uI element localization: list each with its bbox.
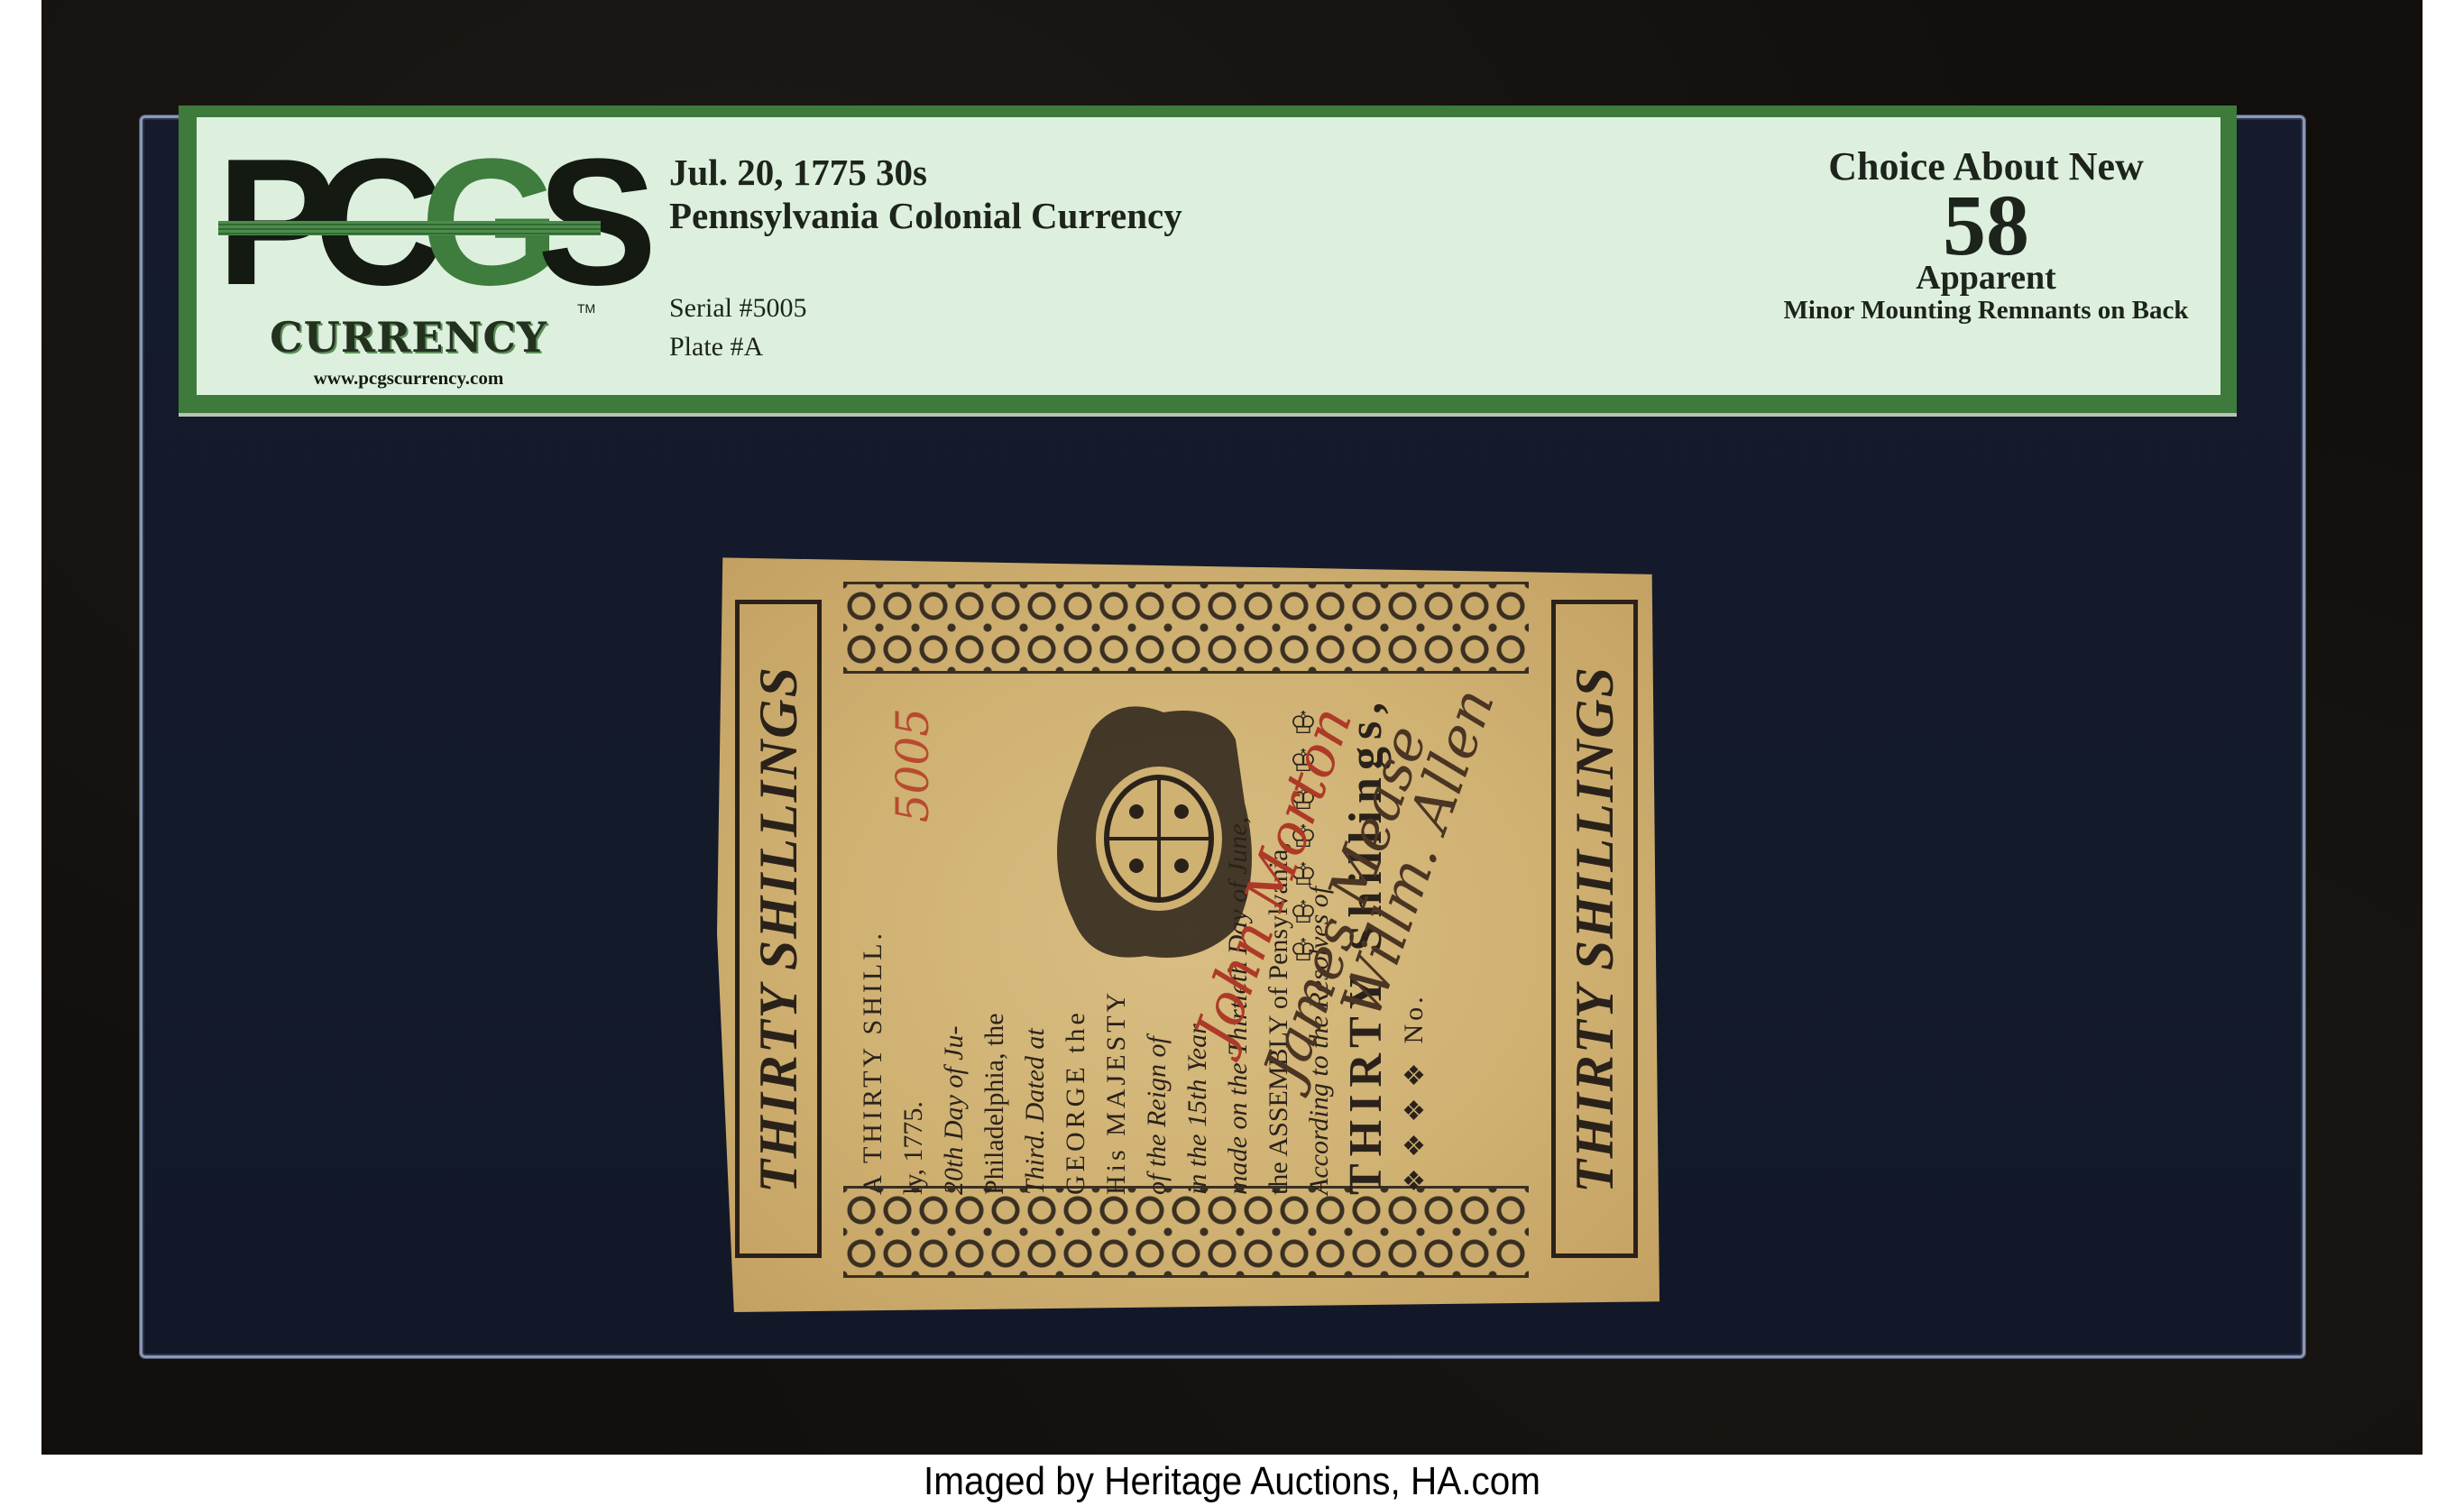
grade-qualifier: Apparent bbox=[1751, 262, 2220, 294]
top-ornamental-border bbox=[843, 582, 1529, 674]
pcgs-currency-logo: PCGS TM CURRENCY www.pcgscurrency.com bbox=[216, 137, 613, 385]
note-title: Jul. 20, 1775 30s bbox=[669, 151, 927, 194]
grade-number: 58 bbox=[1751, 189, 2220, 262]
note-line: Philadelphia, the bbox=[974, 672, 1015, 1195]
serial-number: Serial #5005 bbox=[669, 293, 806, 324]
left-panel-text: THIRTY SHILLINGS bbox=[748, 666, 810, 1193]
note-series: Pennsylvania Colonial Currency bbox=[669, 194, 1182, 237]
grade-comment: Minor Mounting Remnants on Back bbox=[1751, 294, 2220, 326]
right-panel-text: THIRTY SHILLINGS bbox=[1564, 666, 1626, 1193]
pcgs-grading-label: PCGS TM CURRENCY www.pcgscurrency.com Ju… bbox=[179, 106, 2237, 413]
plate-letter: Plate #A bbox=[669, 332, 763, 363]
bottom-ornamental-border bbox=[843, 1186, 1529, 1278]
logo-url: www.pcgscurrency.com bbox=[216, 367, 601, 390]
logo-stripe-icon bbox=[218, 221, 601, 235]
image-credit-caption: Imaged by Heritage Auctions, HA.com bbox=[98, 1457, 2365, 1506]
logo-wordmark: CURRENCY bbox=[216, 313, 601, 362]
grade-block: Choice About New 58 Apparent Minor Mount… bbox=[1751, 144, 2220, 326]
right-denomination-panel: THIRTY SHILLINGS bbox=[1551, 600, 1638, 1258]
left-denomination-panel: THIRTY SHILLINGS bbox=[735, 600, 822, 1258]
note-line: 20th Day of Ju- bbox=[933, 672, 974, 1195]
handwritten-serial: 5005 bbox=[887, 708, 939, 822]
label-panel: PCGS TM CURRENCY www.pcgscurrency.com Ju… bbox=[197, 117, 2220, 395]
colonial-banknote: THIRTY SHILLINGS THIRTY SHILLINGS ❖❖❖❖ N… bbox=[717, 555, 1660, 1312]
